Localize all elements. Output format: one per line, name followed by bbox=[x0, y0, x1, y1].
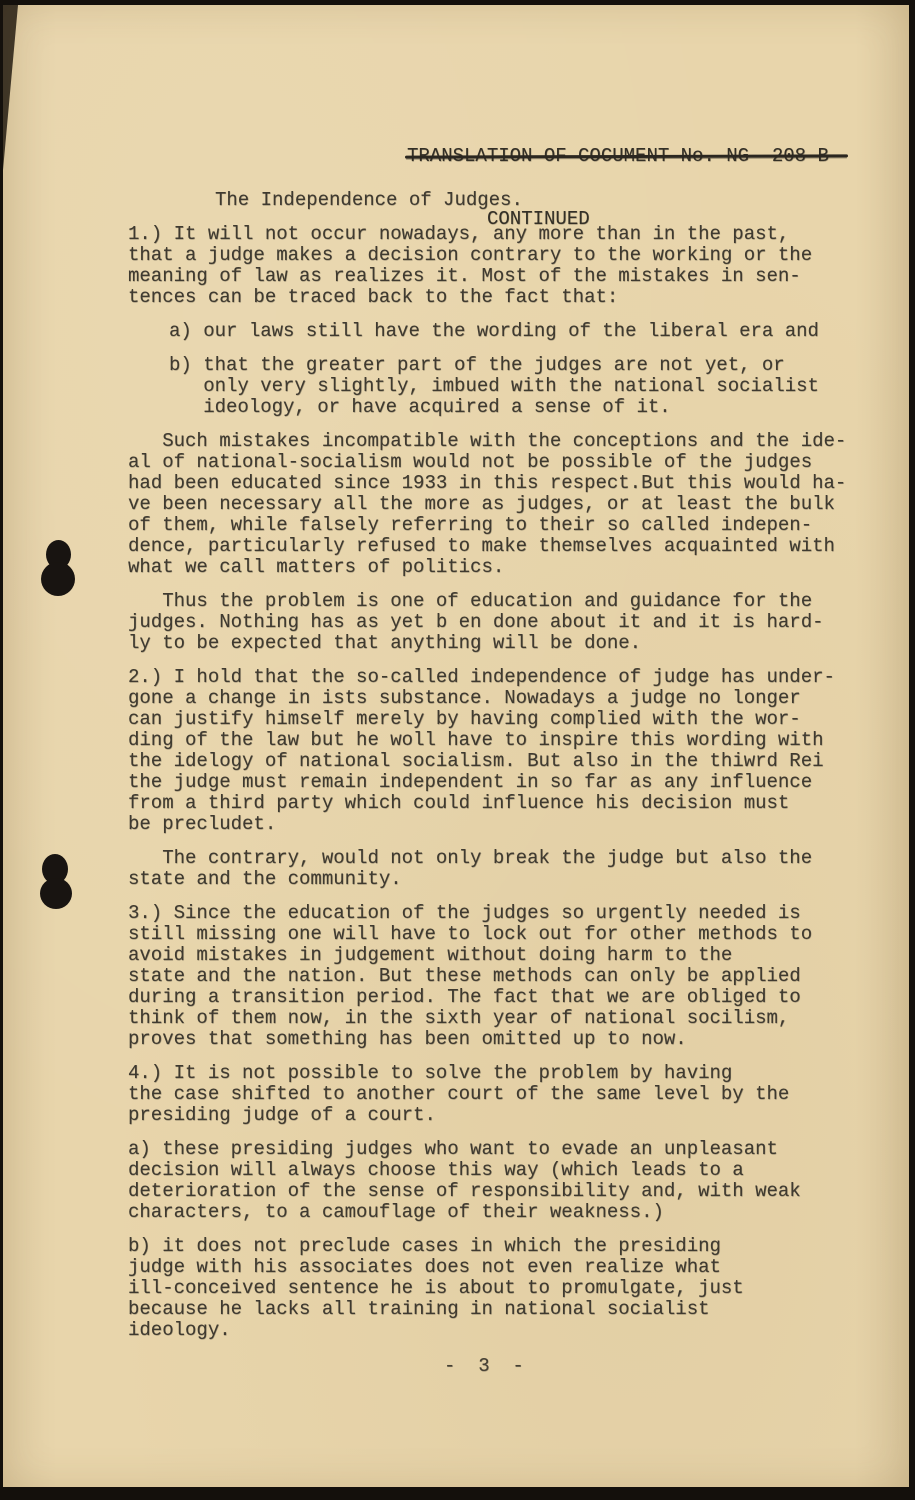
page-number: - 3 - bbox=[444, 1356, 524, 1377]
paragraph-education: Thus the problem is one of education and… bbox=[128, 591, 888, 654]
document-title: The Independence of Judges. bbox=[128, 190, 888, 211]
list-item-a2: a) these presiding judges who want to ev… bbox=[128, 1139, 888, 1223]
scan-corner-shadow bbox=[3, 5, 18, 170]
paragraph-2: 2.) I hold that the so-called independen… bbox=[128, 667, 888, 835]
paragraph-3: 3.) Since the education of the judges so… bbox=[128, 903, 888, 1050]
list-item-a: a) our laws still have the wording of th… bbox=[128, 321, 888, 342]
paragraph-mistakes: Such mistakes incompatible with the conc… bbox=[128, 431, 888, 578]
paragraph-1: 1.) It will not occur nowadays, any more… bbox=[128, 224, 888, 308]
ink-blot-bottom-lobe bbox=[41, 562, 75, 596]
ink-blot-bottom bbox=[40, 854, 73, 909]
paragraph-4: 4.) It is not possible to solve the prob… bbox=[128, 1063, 888, 1126]
ink-blot-top bbox=[41, 540, 76, 596]
paragraph-contrary: The contrary, would not only break the j… bbox=[128, 848, 888, 890]
ink-blot-bottom-lobe bbox=[40, 878, 72, 909]
list-item-b: b) that the greater part of the judges a… bbox=[128, 355, 888, 418]
list-item-b2: b) it does not preclude cases in which t… bbox=[128, 1236, 888, 1341]
